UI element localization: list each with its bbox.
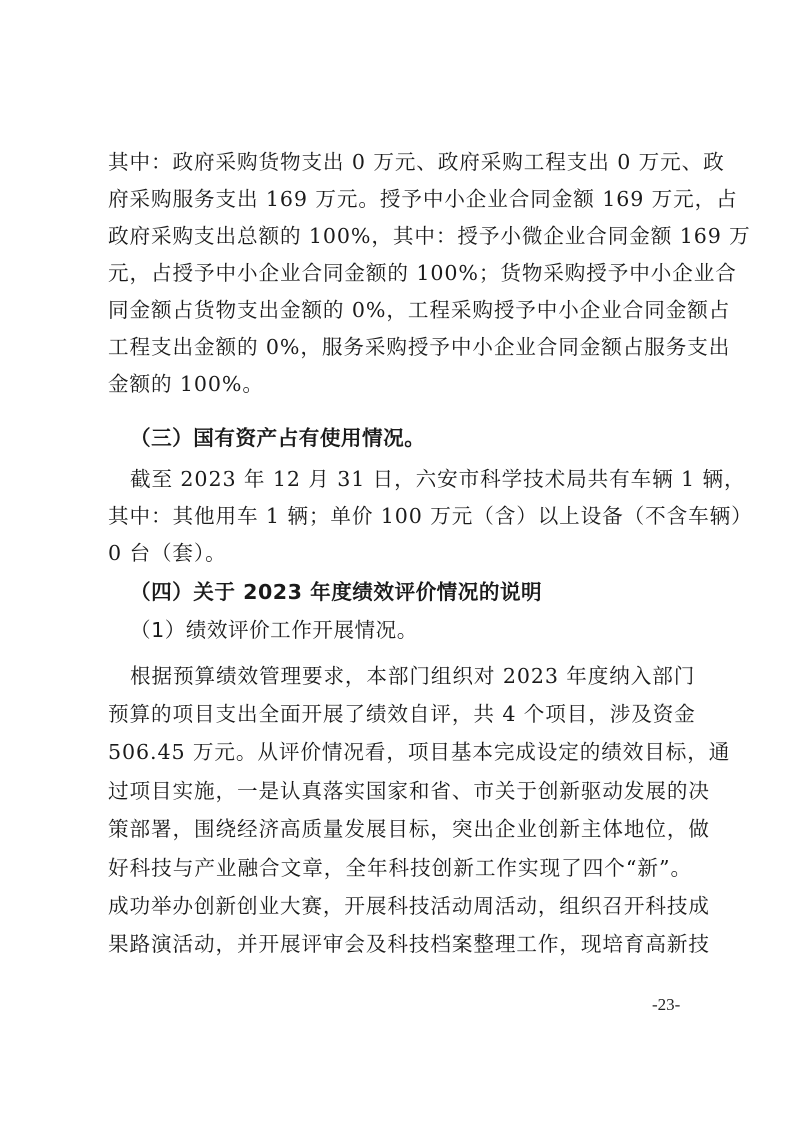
text-line: 政府采购支出总额的 100%，其中：授予小微企业合同金额 169 万 bbox=[108, 221, 692, 251]
text-line: 金额的 100%。 bbox=[108, 369, 692, 399]
document-page: 其中：政府采购货物支出 0 万元、政府采购工程支出 0 万元、政 府采购服务支出… bbox=[0, 0, 793, 1122]
text-line: 506.45 万元。从评价情况看，项目基本完成设定的绩效目标，通 bbox=[108, 737, 692, 767]
text-line: 过项目实施，一是认真落实国家和省、市关于创新驱动发展的决 bbox=[108, 776, 692, 806]
text-line: 府采购服务支出 169 万元。授予中小企业合同金额 169 万元，占 bbox=[108, 184, 692, 214]
page-number: -23- bbox=[652, 994, 680, 1016]
text-line: 0 台（套）。 bbox=[108, 538, 692, 568]
text-line: 同金额占货物支出金额的 0%，工程采购授予中小企业合同金额占 bbox=[108, 295, 692, 325]
text-line: 元，占授予中小企业合同金额的 100%；货物采购授予中小企业合 bbox=[108, 258, 692, 288]
text-line: 截至 2023 年 12 月 31 日，六安市科学技术局共有车辆 1 辆， bbox=[130, 464, 692, 494]
text-line: 其中：政府采购货物支出 0 万元、政府采购工程支出 0 万元、政 bbox=[108, 147, 692, 177]
text-line: 根据预算绩效管理要求，本部门组织对 2023 年度纳入部门 bbox=[130, 661, 692, 691]
text-line: 好科技与产业融合文章，全年科技创新工作实现了四个“新”。 bbox=[108, 853, 692, 883]
subsection-heading-evaluation-work: （1）绩效评价工作开展情况。 bbox=[130, 615, 692, 645]
section-heading-state-assets: （三）国有资产占有使用情况。 bbox=[130, 423, 692, 453]
text-line: 果路演活动，并开展评审会及科技档案整理工作，现培育高新技 bbox=[108, 929, 692, 959]
text-line: 策部署，围绕经济高质量发展目标，突出企业创新主体地位，做 bbox=[108, 814, 692, 844]
section-heading-performance-evaluation: （四）关于 2023 年度绩效评价情况的说明 bbox=[130, 577, 692, 607]
text-line: 其中：其他用车 1 辆；单价 100 万元（含）以上设备（不含车辆） bbox=[108, 501, 692, 531]
text-line: 预算的项目支出全面开展了绩效自评，共 4 个项目，涉及资金 bbox=[108, 699, 692, 729]
text-line: 工程支出金额的 0%，服务采购授予中小企业合同金额占服务支出 bbox=[108, 332, 692, 362]
text-line: 成功举办创新创业大赛，开展科技活动周活动，组织召开科技成 bbox=[108, 891, 692, 921]
